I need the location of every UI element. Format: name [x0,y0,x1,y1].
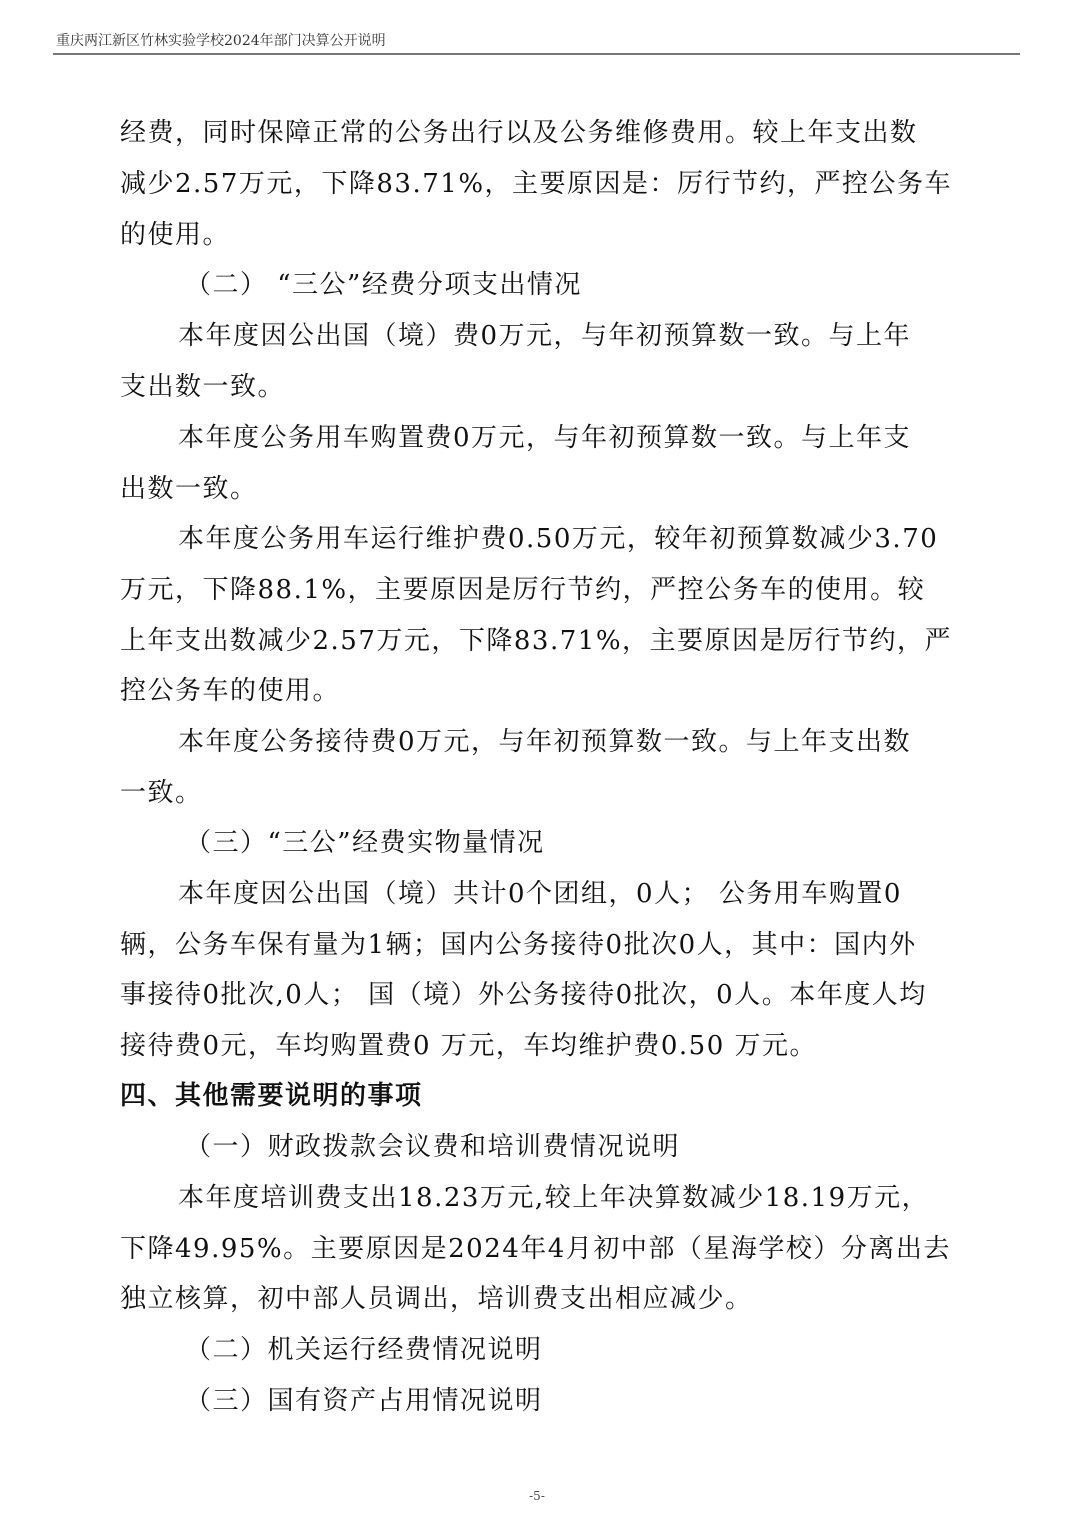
paragraph-line: 出数一致。 [120,472,960,506]
paragraph-line: 独立核算，初中部人员调出，培训费支出相应减少。 [120,1282,960,1316]
page-number: -5- [0,1489,1074,1503]
subsection-heading: （二） “三公”经费分项支出情况 [185,268,1025,302]
subsection-heading: （三）“三公”经费实物量情况 [185,826,1025,860]
subsection-heading: （三）国有资产占用情况说明 [185,1384,1025,1418]
paragraph-line: 辆，公务车保有量为1辆；国内公务接待0批次0人，其中：国内外 [120,928,960,962]
paragraph-line: 本年度因公出国（境）费0万元，与年初预算数一致。与上年 [178,319,1018,353]
header-rule [53,53,1020,55]
paragraph-line: 本年度公务用车购置费0万元，与年初预算数一致。与上年支 [178,421,1018,455]
paragraph-line: 的使用。 [120,218,960,252]
paragraph-line: 本年度公务接待费0万元，与年初预算数一致。与上年支出数 [178,725,1018,759]
subsection-heading: （一）财政拨款会议费和培训费情况说明 [185,1130,1025,1164]
running-header-title: 重庆两江新区竹林实验学校2024年部门决算公开说明 [56,30,386,50]
paragraph-line: 支出数一致。 [120,370,960,404]
paragraph-line: 一致。 [120,776,960,810]
paragraph-line: 万元，下降88.1%，主要原因是厉行节约，严控公务车的使用。较 [120,573,960,607]
paragraph-line: 减少2.57万元，下降83.71%，主要原因是：厉行节约，严控公务车 [120,167,960,201]
paragraph-line: 控公务车的使用。 [120,674,960,708]
paragraph-line: 本年度培训费支出18.23万元,较上年决算数减少18.19万元， [178,1181,1018,1215]
paragraph-line: 经费，同时保障正常的公务出行以及公务维修费用。较上年支出数 [120,116,960,150]
paragraph-line: 下降49.95%。主要原因是2024年4月初中部（星海学校）分离出去 [120,1232,960,1266]
subsection-heading: （二）机关运行经费情况说明 [185,1333,1025,1367]
paragraph-line: 本年度公务用车运行维护费0.50万元，较年初预算数减少3.70 [178,522,1018,556]
paragraph-line: 事接待0批次,0人； 国（境）外公务接待0批次，0人。本年度人均 [120,978,960,1012]
section-heading: 四、其他需要说明的事项 [120,1079,960,1113]
paragraph-line: 上年支出数减少2.57万元，下降83.71%，主要原因是厉行节约，严 [120,624,960,658]
paragraph-line: 接待费0元，车均购置费0 万元，车均维护费0.50 万元。 [120,1029,960,1063]
paragraph-line: 本年度因公出国（境）共计0个团组，0人； 公务用车购置0 [178,877,1018,911]
